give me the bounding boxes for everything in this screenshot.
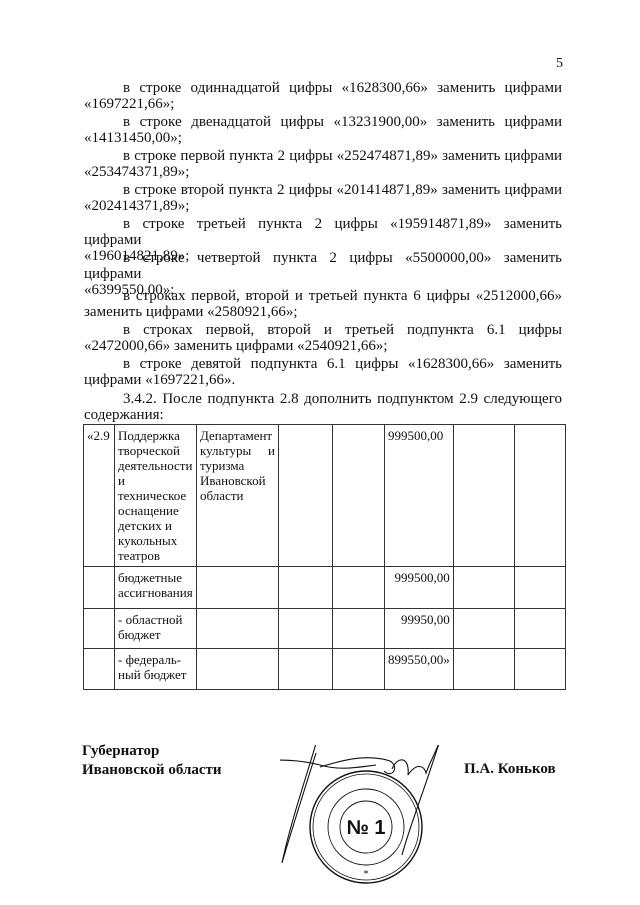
- paragraph-line: содержания:: [84, 407, 562, 423]
- paragraph-10: 3.4.2. После подпункта 2.8 дополнить под…: [84, 391, 562, 423]
- page-number: 5: [556, 56, 563, 72]
- paragraph-line: в строке двенадцатой цифры «13231900,00»…: [84, 114, 562, 130]
- cell-empty: [333, 609, 385, 649]
- paragraph-line: заменить цифрами «2580921,66»;: [84, 304, 562, 320]
- paragraph-line: «202414371,89»;: [84, 198, 562, 214]
- cell-name: бюджетные ассигнования: [115, 567, 197, 609]
- paragraph-line: цифрами «1697221,66».: [84, 372, 562, 388]
- cell-amount: 899550,00»: [385, 649, 454, 690]
- stamp-center-text: № 1: [347, 817, 386, 839]
- stamp-star: *: [364, 869, 369, 880]
- paragraph-1: в строке одиннадцатой цифры «1628300,66»…: [84, 80, 562, 112]
- cell-empty: [279, 425, 333, 567]
- paragraph-3: в строке первой пункта 2 цифры «25247487…: [84, 148, 562, 180]
- paragraph-4: в строке второй пункта 2 цифры «20141487…: [84, 182, 562, 214]
- paragraph-line: «14131450,00»;: [84, 130, 562, 146]
- cell-name: - областной бюджет: [115, 609, 197, 649]
- paragraph-line: в строках первой, второй и третьей подпу…: [84, 322, 562, 338]
- cell-executor: [197, 567, 279, 609]
- paragraph-line: в строках первой, второй и третьей пункт…: [84, 288, 562, 304]
- paragraph-7: в строках первой, второй и третьей пункт…: [84, 288, 562, 320]
- cell-amount: 99950,00: [385, 609, 454, 649]
- cell-empty: [333, 567, 385, 609]
- cell-number: «2.9: [84, 425, 115, 567]
- cell-executor: [197, 609, 279, 649]
- cell-empty: [333, 649, 385, 690]
- table-row: - областной бюджет 99950,00: [84, 609, 566, 649]
- cell-empty: [453, 609, 514, 649]
- official-seal-icon: № 1 *: [310, 771, 422, 883]
- cell-number: [84, 567, 115, 609]
- table-row: - федераль-ный бюджет 899550,00»: [84, 649, 566, 690]
- paragraph-line: «1697221,66»;: [84, 96, 562, 112]
- signatory-title-line: Губернатор: [82, 742, 222, 761]
- table-row: бюджетные ассигнования 999500,00: [84, 567, 566, 609]
- paragraph-line: в строке девятой подпункта 6.1 цифры «16…: [84, 356, 562, 372]
- cell-empty: [453, 649, 514, 690]
- paragraph-line: в строке второй пункта 2 цифры «20141487…: [84, 182, 562, 198]
- cell-empty: [514, 567, 565, 609]
- cell-name: - федераль-ный бюджет: [115, 649, 197, 690]
- paragraph-line: в строке одиннадцатой цифры «1628300,66»…: [84, 80, 562, 96]
- paragraph-line: в строке третьей пункта 2 цифры «1959148…: [84, 216, 562, 248]
- cell-empty: [453, 425, 514, 567]
- budget-table: «2.9 Поддержка творческой деятельности и…: [83, 424, 566, 690]
- signatory-name: П.А. Коньков: [464, 761, 556, 778]
- signatory-title: Губернатор Ивановской области: [82, 742, 222, 780]
- paragraph-2: в строке двенадцатой цифры «13231900,00»…: [84, 114, 562, 146]
- cell-empty: [279, 609, 333, 649]
- cell-empty: [333, 425, 385, 567]
- cell-empty: [514, 425, 565, 567]
- cell-empty: [279, 567, 333, 609]
- cell-empty: [514, 649, 565, 690]
- cell-empty: [514, 609, 565, 649]
- cell-number: [84, 649, 115, 690]
- table-row: «2.9 Поддержка творческой деятельности и…: [84, 425, 566, 567]
- cell-amount: 999500,00: [385, 567, 454, 609]
- signatory-title-line: Ивановской области: [82, 761, 222, 780]
- paragraph-line: «2472000,66» заменить цифрами «2540921,6…: [84, 338, 562, 354]
- cell-name: Поддержка творческой деятельности и техн…: [115, 425, 197, 567]
- cell-empty: [453, 567, 514, 609]
- cell-executor: Департамент культуры и туризма Ивановско…: [197, 425, 279, 567]
- paragraph-line: «253474371,89»;: [84, 164, 562, 180]
- cell-executor: [197, 649, 279, 690]
- stamp-and-signature: № 1 *: [280, 745, 450, 885]
- cell-number: [84, 609, 115, 649]
- cell-amount: 999500,00: [385, 425, 454, 567]
- paragraph-line: в строке четвертой пункта 2 цифры «55000…: [84, 250, 562, 282]
- paragraph-line: 3.4.2. После подпункта 2.8 дополнить под…: [84, 391, 562, 407]
- paragraph-9: в строке девятой подпункта 6.1 цифры «16…: [84, 356, 562, 388]
- cell-empty: [279, 649, 333, 690]
- paragraph-line: в строке первой пункта 2 цифры «25247487…: [84, 148, 562, 164]
- paragraph-8: в строках первой, второй и третьей подпу…: [84, 322, 562, 354]
